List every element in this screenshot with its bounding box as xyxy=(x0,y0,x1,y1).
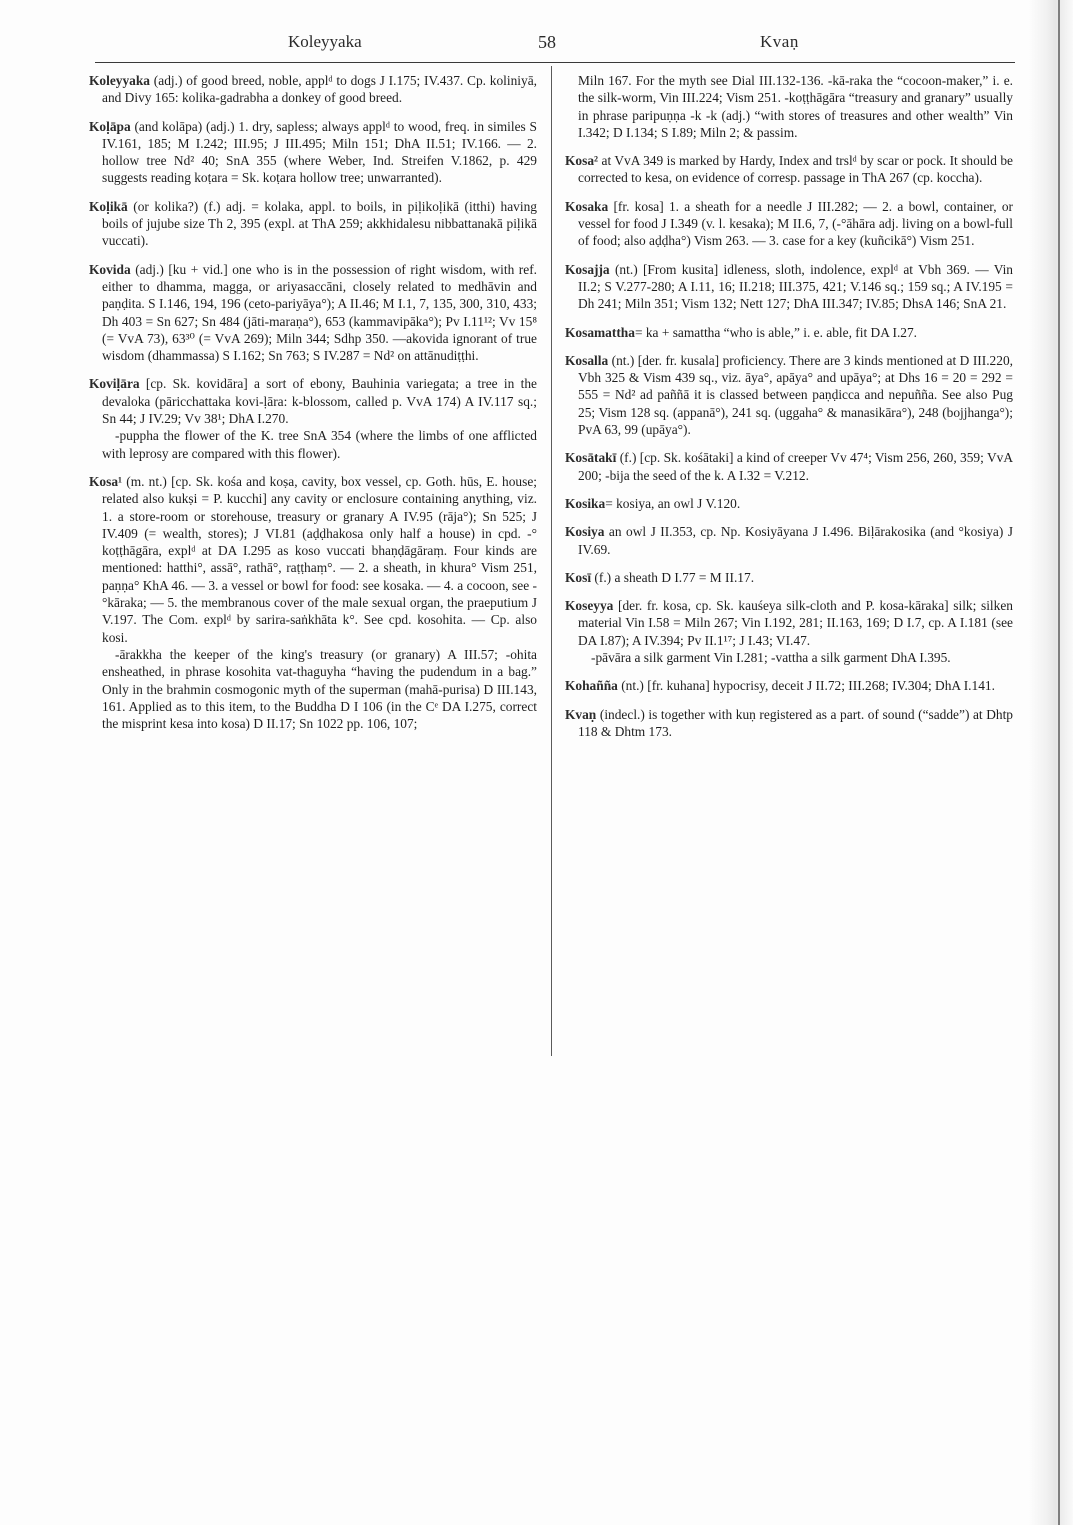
entry-continuation: Miln 167. For the myth see Dial III.132-… xyxy=(578,72,1013,141)
entry-headword: Kosamattha xyxy=(565,325,635,340)
page-edge-shadow xyxy=(1029,0,1073,1525)
dictionary-entry: Kovida (adj.) [ku + vid.] one who is in … xyxy=(89,261,537,365)
entry-compounds: -puppha the flower of the K. tree SnA 35… xyxy=(89,427,537,462)
dictionary-entry: Kosa² at VvA 349 is marked by Hardy, Ind… xyxy=(565,152,1013,187)
entry-headword: Kosaka xyxy=(565,199,608,214)
entry-headword: Kosalla xyxy=(565,353,608,368)
entry-text: (and kolāpa) (adj.) 1. dry, sapless; alw… xyxy=(102,119,537,186)
entry-text: [fr. kosa] 1. a sheath for a needle J II… xyxy=(578,199,1013,249)
entry-text: (adj.) of good breed, noble, applᵈ to do… xyxy=(102,73,537,105)
right-column: Miln 167. For the myth see Dial III.132-… xyxy=(565,72,1013,751)
dictionary-entry: Kosajja (nt.) [From kusita] idleness, sl… xyxy=(565,261,1013,313)
dictionary-entry: Koviḷāra [cp. Sk. kovidāra] a sort of eb… xyxy=(89,375,537,461)
entry-compounds: -pāvāra a silk garment Vin I.281; -vatth… xyxy=(565,649,1013,666)
entry-text: an owl J II.353, cp. Np. Kosiyāyana J I.… xyxy=(578,524,1013,556)
entry-headword: Kosajja xyxy=(565,262,610,277)
entry-headword: Kosika xyxy=(565,496,605,511)
running-head-left: Koleyyaka xyxy=(288,32,362,52)
dictionary-entry: Koḷikā (or kolika?) (f.) adj. = kolaka, … xyxy=(89,198,537,250)
entry-text: at VvA 349 is marked by Hardy, Index and… xyxy=(578,153,1013,185)
left-column: Koleyyaka (adj.) of good breed, noble, a… xyxy=(89,72,537,743)
dictionary-entry: Kosaka [fr. kosa] 1. a sheath for a need… xyxy=(565,198,1013,250)
entry-text: (nt.) [fr. kuhana] hypocrisy, deceit J I… xyxy=(621,678,995,693)
column-divider xyxy=(551,66,552,1056)
entry-compounds: -ārakkha the keeper of the king's treasu… xyxy=(89,646,537,732)
dictionary-entry: Kosalla (nt.) [der. fr. kusala] proficie… xyxy=(565,352,1013,438)
entry-text: (or kolika?) (f.) adj. = kolaka, appl. t… xyxy=(102,199,537,249)
dictionary-entry: Kosī (f.) a sheath D I.77 = M II.17. xyxy=(565,569,1013,586)
entry-text: (f.) [cp. Sk. kośātaki] a kind of creepe… xyxy=(578,450,1013,482)
entry-headword: Kvaṇ xyxy=(565,707,596,722)
entry-headword: Kovida xyxy=(89,262,131,277)
entry-text: (indecl.) is together with kuṇ registere… xyxy=(578,707,1013,739)
page-number: 58 xyxy=(538,32,556,53)
entry-headword: Koviḷāra xyxy=(89,376,140,391)
dictionary-entry: Kosika= kosiya, an owl J V.120. xyxy=(565,495,1013,512)
entry-text: = kosiya, an owl J V.120. xyxy=(605,496,740,511)
entry-text: (f.) a sheath D I.77 = M II.17. xyxy=(594,570,754,585)
dictionary-entry: Kvaṇ (indecl.) is together with kuṇ regi… xyxy=(565,706,1013,741)
entry-headword: Koseyya xyxy=(565,598,613,613)
entry-text: (nt.) [der. fr. kusala] proficiency. The… xyxy=(578,353,1013,437)
dictionary-entry: Koḷāpa (and kolāpa) (adj.) 1. dry, saple… xyxy=(89,118,537,187)
header-rule xyxy=(95,62,1015,63)
entry-headword: Koleyyaka xyxy=(89,73,150,88)
dictionary-entry: Kohañña (nt.) [fr. kuhana] hypocrisy, de… xyxy=(565,677,1013,694)
entry-headword: Koḷāpa xyxy=(89,119,131,134)
entry-headword: Kosātakī xyxy=(565,450,616,465)
entry-headword: Koḷikā xyxy=(89,199,128,214)
entry-headword: Kosa¹ xyxy=(89,474,122,489)
dictionary-entry: Kosātakī (f.) [cp. Sk. kośātaki] a kind … xyxy=(565,449,1013,484)
running-head: Koleyyaka 58 Kvaṇ xyxy=(95,32,1015,56)
entry-text: (m. nt.) [cp. Sk. kośa and koṣa, cavity,… xyxy=(102,474,537,645)
dictionary-entry: Kosiya an owl J II.353, cp. Np. Kosiyāya… xyxy=(565,523,1013,558)
entry-headword: Kosī xyxy=(565,570,591,585)
entry-headword: Kohañña xyxy=(565,678,618,693)
entry-text: [cp. Sk. kovidāra] a sort of ebony, Bauh… xyxy=(102,376,537,426)
running-head-right: Kvaṇ xyxy=(760,32,799,52)
entry-text: [der. fr. kosa, cp. Sk. kauśeya silk-clo… xyxy=(578,598,1013,648)
entry-headword: Kosiya xyxy=(565,524,604,539)
dictionary-entry: Kosa¹ (m. nt.) [cp. Sk. kośa and koṣa, c… xyxy=(89,473,537,732)
dictionary-entry: Kosamattha= ka + samattha “who is able,”… xyxy=(565,324,1013,341)
entry-text: (adj.) [ku + vid.] one who is in the pos… xyxy=(102,262,537,363)
dictionary-entry: Koleyyaka (adj.) of good breed, noble, a… xyxy=(89,72,537,107)
entry-text: (nt.) [From kusita] idleness, sloth, ind… xyxy=(578,262,1013,312)
dictionary-entry: Koseyya [der. fr. kosa, cp. Sk. kauśeya … xyxy=(565,597,1013,666)
entry-text: = ka + samattha “who is able,” i. e. abl… xyxy=(635,325,917,340)
entry-headword: Kosa² xyxy=(565,153,598,168)
